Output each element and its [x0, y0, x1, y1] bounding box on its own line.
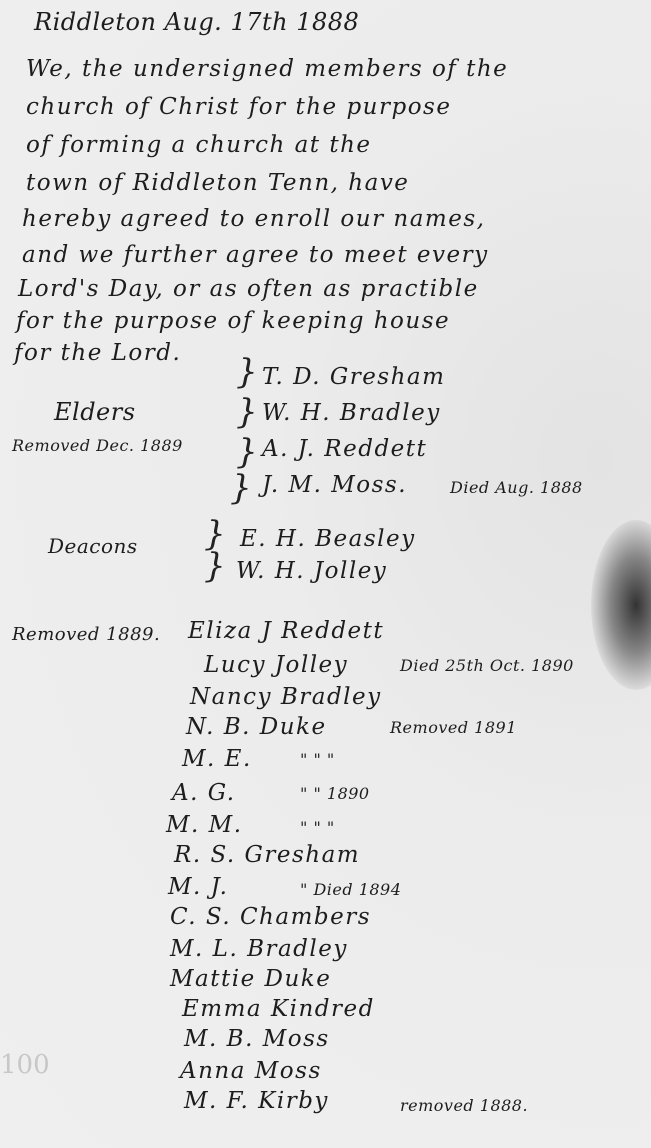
member-name: M. F. Kirby [184, 1088, 329, 1114]
member-name: M. J. [168, 874, 228, 900]
elders-label: Elders [54, 398, 136, 426]
brace-icon: } [236, 392, 258, 432]
member-note: Died 25th Oct. 1890 [400, 656, 574, 675]
place-date-heading: Riddleton Aug. 17th 1888 [34, 8, 359, 36]
preamble-line: Lord's Day, or as often as practible [18, 276, 479, 302]
elder-name: W. H. Bradley [262, 400, 441, 426]
member-name: R. S. Gresham [174, 842, 360, 868]
preamble-line: church of Christ for the purpose [26, 94, 451, 120]
member-name: Mattie Duke [170, 966, 331, 992]
brace-icon: } [236, 432, 258, 472]
member-name: M. E. [182, 746, 252, 772]
member-name: Eliza J Reddett [188, 618, 384, 644]
page-number-stamp: 100 [0, 1050, 50, 1080]
members-side-note: Removed 1889. [12, 624, 160, 645]
preamble-line: hereby agreed to enroll our names, [22, 206, 485, 232]
elder-note: Died Aug. 1888 [450, 478, 583, 497]
preamble-line: for the Lord. [14, 340, 181, 366]
member-note: removed 1888. [400, 1096, 528, 1115]
elders-side-note: Removed Dec. 1889 [12, 436, 183, 455]
member-note: " " " [300, 818, 335, 837]
member-note: Removed 1891 [390, 718, 517, 737]
member-name: C. S. Chambers [170, 904, 371, 930]
brace-icon: } [204, 546, 226, 586]
member-name: A. G. [172, 780, 236, 806]
preamble-line: for the purpose of keeping house [16, 308, 450, 334]
member-name: M. L. Bradley [170, 936, 348, 962]
elder-name: A. J. Reddett [262, 436, 427, 462]
preamble-line: We, the undersigned members of the [26, 56, 508, 82]
elder-name: T. D. Gresham [262, 364, 445, 390]
member-name: Emma Kindred [182, 996, 375, 1022]
member-name: Anna Moss [180, 1058, 322, 1084]
member-name: N. B. Duke [186, 714, 327, 740]
preamble-line: town of Riddleton Tenn, have [26, 170, 409, 196]
preamble-line: and we further agree to meet every [22, 242, 489, 268]
brace-icon: } [236, 352, 258, 392]
member-name: Nancy Bradley [190, 684, 382, 710]
preamble-line: of forming a church at the [26, 132, 372, 158]
brace-icon: } [230, 468, 252, 508]
deacon-name: W. H. Jolley [236, 558, 387, 584]
member-name: M. B. Moss [184, 1026, 330, 1052]
deacons-label: Deacons [48, 534, 138, 558]
member-note: " " 1890 [300, 784, 370, 803]
elder-name: J. M. Moss. [262, 472, 407, 498]
member-note: " " " [300, 750, 335, 769]
member-name: M. M. [166, 812, 243, 838]
deacon-name: E. H. Beasley [240, 526, 416, 552]
member-name: Lucy Jolley [204, 652, 348, 678]
member-note: " Died 1894 [300, 880, 401, 899]
